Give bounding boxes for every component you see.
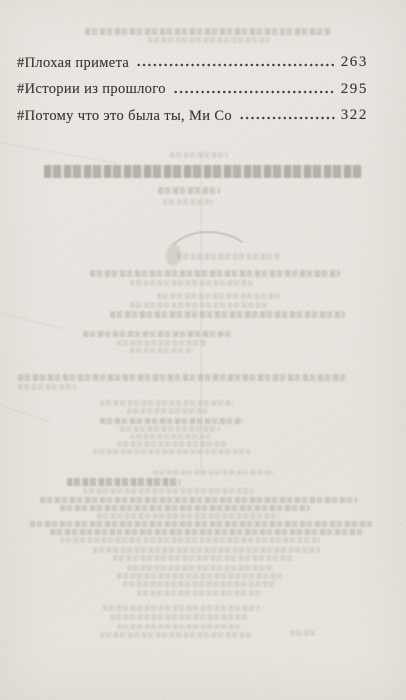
ghost-text-line	[123, 581, 277, 587]
ghost-text-line	[113, 555, 293, 561]
ghost-text-line	[40, 497, 357, 503]
paper-crease	[0, 403, 51, 422]
ghost-text-line	[83, 331, 233, 337]
ghost-text-line	[177, 253, 280, 260]
ghost-text-line	[97, 513, 280, 519]
toc-dot-leader	[239, 97, 336, 123]
ghost-text-line	[100, 400, 233, 406]
toc-dot-leader	[136, 44, 335, 70]
ghost-text-line	[157, 293, 280, 299]
ghost-text-line	[130, 302, 267, 308]
table-of-contents: #Плохая примета 263 #Истории из прошлого…	[17, 44, 368, 123]
toc-entry-title: #Плохая примета	[17, 56, 129, 71]
ink-showthrough-mark	[170, 224, 246, 252]
book-page-scan: #Плохая примета 263 #Истории из прошлого…	[0, 0, 406, 700]
ghost-text-line	[100, 418, 243, 424]
ghost-text-line	[117, 624, 240, 629]
ghost-text-line	[93, 449, 250, 454]
ghost-text-line	[110, 311, 345, 318]
paper-crease	[0, 312, 64, 330]
ghost-text-line	[90, 270, 340, 277]
ghost-text-line	[120, 426, 220, 432]
ghost-text-line	[103, 605, 260, 611]
toc-entry-title: #Истории из прошлого	[17, 82, 166, 97]
ghost-text-line	[117, 441, 227, 447]
ghost-text-line	[100, 632, 253, 638]
toc-entry-page-number: 263	[341, 55, 368, 70]
ghost-text-line	[83, 488, 253, 494]
ghost-text-line	[117, 573, 283, 579]
ghost-text-line	[153, 470, 273, 475]
ghost-text-line	[137, 590, 263, 596]
ghost-text-line	[163, 199, 213, 205]
ghost-text-line	[85, 28, 331, 35]
ghost-text-line	[67, 478, 180, 486]
ghost-title-line	[44, 165, 362, 178]
ghost-text-line	[117, 340, 207, 346]
ghost-text-line	[93, 547, 320, 553]
ghost-text-line	[50, 529, 363, 535]
ghost-text-line	[127, 408, 207, 414]
ghost-text-line	[148, 37, 270, 43]
toc-entry-page-number: 295	[341, 82, 368, 97]
ghost-text-line	[18, 374, 348, 381]
ghost-text-line	[30, 521, 373, 527]
ghost-text-line	[170, 152, 228, 158]
ghost-text-line	[130, 434, 210, 439]
ghost-text-line	[18, 384, 76, 390]
toc-dot-leader	[173, 70, 336, 96]
ghost-text-line	[60, 505, 310, 511]
toc-entry: #Плохая примета 263	[17, 44, 368, 70]
toc-entry-page-number: 322	[341, 108, 368, 123]
ghost-text-line	[130, 280, 253, 286]
toc-entry: #Истории из прошлого 295	[17, 70, 368, 96]
ghost-text-line	[290, 630, 315, 636]
ghost-text-line	[158, 187, 220, 194]
ghost-text-line	[130, 348, 193, 353]
paper-crease	[0, 141, 118, 164]
toc-entry-title: #Потому что это была ты, Ми Со	[17, 109, 232, 124]
toc-entry: #Потому что это была ты, Ми Со 322	[17, 97, 368, 123]
ghost-text-line	[110, 614, 247, 620]
ghost-text-line	[60, 537, 320, 543]
ghost-text-line	[127, 565, 273, 571]
